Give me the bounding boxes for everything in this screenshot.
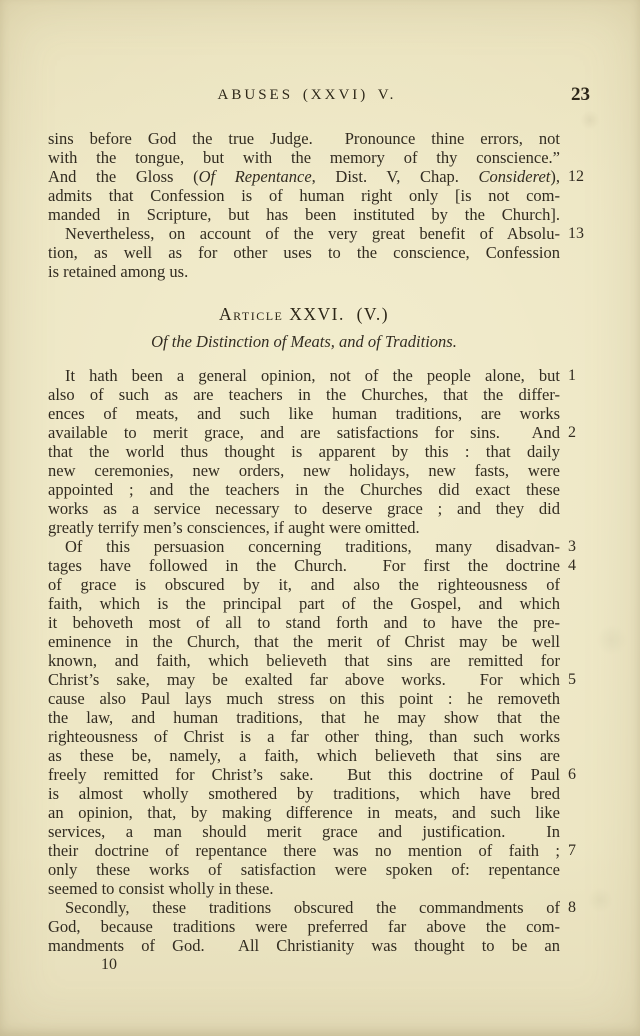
text-line: as these be, namely, a faith, which beli… (48, 746, 560, 765)
text-line: that the world thus thought is apparent … (48, 442, 560, 461)
book-page: ABUSES (XXVI) V. 23 sins before God the … (0, 0, 640, 1036)
italic-text: Of Repentance (199, 167, 312, 186)
paragraph-1: Nevertheless, on account of the very gre… (48, 224, 560, 281)
text-line: an opinion, that, by making difference i… (48, 803, 560, 822)
text-line: it behoveth most of all to stand forth a… (48, 613, 560, 632)
text-line: is almost wholly smothered by traditions… (48, 784, 560, 803)
text-line: appointed ; and the teachers in the Chur… (48, 480, 560, 499)
article-heading: Article XXVI. (V.) (48, 303, 560, 325)
text-line: And the Gloss (Of Repentance, Dist. V, C… (48, 167, 560, 186)
margin-line-number: 6 (568, 765, 604, 784)
running-header-title: ABUSES (XXVI) V. (35, 87, 579, 104)
text-line: greatly terrify men’s consciences, if au… (48, 518, 560, 537)
margin-line-number: 3 (568, 537, 604, 556)
text-line: is retained among us. (48, 262, 560, 281)
text-line: ences of meats, and such like human trad… (48, 404, 560, 423)
text-line: sins before God the true Judge. Pronounc… (48, 129, 560, 148)
text-line: known, and faith, which believeth that s… (48, 651, 560, 670)
text-line: God, because traditions were preferred f… (48, 917, 560, 936)
text-line: only these works of satisfaction were sp… (48, 860, 560, 879)
text-line: tion, as well as for other uses to the c… (48, 243, 560, 262)
margin-line-number: 12 (568, 167, 604, 186)
text-line: freely remitted for Christ’s sake. But t… (48, 765, 560, 784)
text-block: sins before God the true Judge. Pronounc… (48, 129, 560, 974)
text-line: of grace is obscured by it, and also the… (48, 575, 560, 594)
margin-line-number: 2 (568, 423, 604, 442)
running-header: ABUSES (XXVI) V. 23 (48, 84, 592, 108)
paragraph-4: It hath been a general opinion, not of t… (48, 366, 560, 537)
text-line: manded in Scripture, but has been instit… (48, 205, 560, 224)
text-line: Christ’s sake, may be exalted far above … (48, 670, 560, 689)
text-line: works as a service necessary to deserve … (48, 499, 560, 518)
text-line: new ceremonies, new orders, new holidays… (48, 461, 560, 480)
margin-line-number: 13 (568, 224, 604, 243)
page-number: 23 (571, 84, 590, 106)
text-line: seemed to consist wholly in these. (48, 879, 560, 898)
text-line: It hath been a general opinion, not of t… (48, 366, 560, 385)
text-line: Secondly, these traditions obscured the … (48, 898, 560, 917)
text-line: mandments of God. All Christianity was t… (48, 936, 560, 955)
text-line: with the tongue, but with the memory of … (48, 148, 560, 167)
text-line: cause also Paul lays much stress on this… (48, 689, 560, 708)
italic-text: Consideret (479, 167, 551, 186)
margin-line-number: 5 (568, 670, 604, 689)
paragraph-0: sins before God the true Judge. Pronounc… (48, 129, 560, 224)
signature-mark: 10 (48, 955, 560, 974)
paragraph-5: Of this persuasion concerning traditions… (48, 537, 560, 898)
text-line: their doctrine of repentance there was n… (48, 841, 560, 860)
text-line: faith, which is the principal part of th… (48, 594, 560, 613)
text-line: services, a man should merit grace and j… (48, 822, 560, 841)
text-line: also of such as are teachers in the Chur… (48, 385, 560, 404)
text-line: Nevertheless, on account of the very gre… (48, 224, 560, 243)
text-line: righteousness of Christ is a far other t… (48, 727, 560, 746)
text-line: eminence in the Church, that the merit o… (48, 632, 560, 651)
margin-line-number: 7 (568, 841, 604, 860)
text-line: Of this persuasion concerning traditions… (48, 537, 560, 556)
article-subheading: Of the Distinction of Meats, and of Trad… (48, 331, 560, 353)
paragraph-6: Secondly, these traditions obscured the … (48, 898, 560, 955)
text-line: available to merit grace, and are satisf… (48, 423, 560, 442)
text-line: admits that Confession is of human right… (48, 186, 560, 205)
margin-line-number: 4 (568, 556, 604, 575)
text-line: tages have followed in the Church. For f… (48, 556, 560, 575)
text-line: the law, and human traditions, that he m… (48, 708, 560, 727)
margin-line-number: 1 (568, 366, 604, 385)
margin-line-number: 8 (568, 898, 604, 917)
